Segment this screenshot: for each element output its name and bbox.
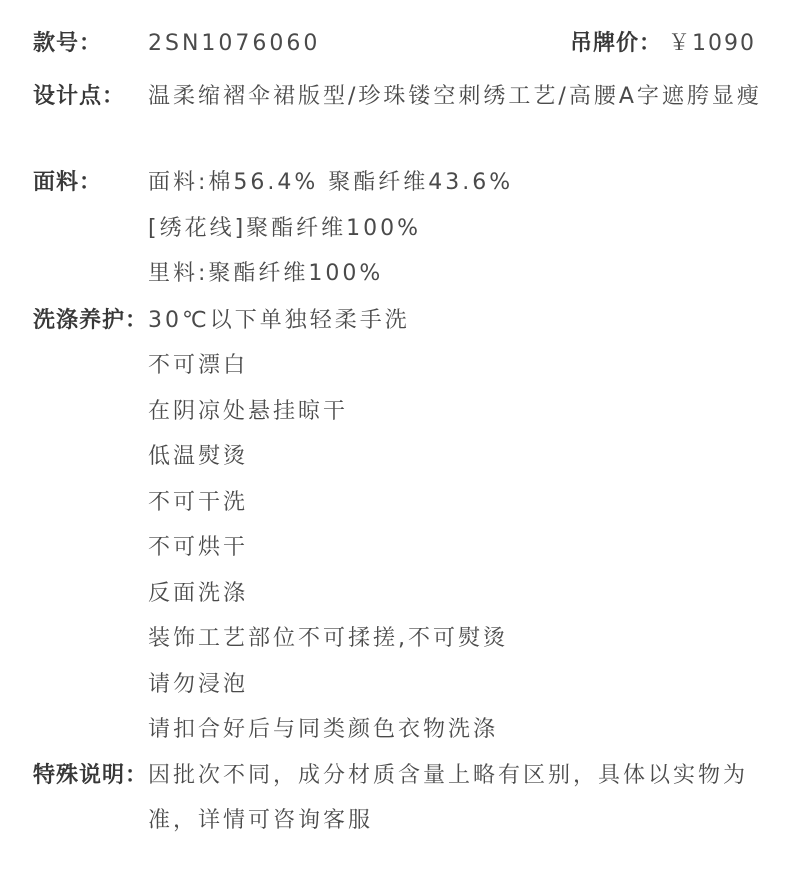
special-note-line: 准，详情可咨询客服 [148, 798, 756, 844]
special-note-lines: 因批次不同，成分材质含量上略有区别，具体以实物为 准，详情可咨询客服 [148, 753, 756, 844]
fabric-line: [绣花线]聚酯纤维100% [148, 206, 756, 252]
care-line: 不可烘干 [148, 525, 756, 571]
fabric-label: 面料： [33, 160, 148, 206]
care-line: 不可漂白 [148, 343, 756, 389]
care-line: 低温熨烫 [148, 434, 756, 480]
care-lines: 30℃以下单独轻柔手洗 不可漂白 在阴凉处悬挂晾干 低温熨烫 不可干洗 不可烘干… [148, 298, 756, 753]
care-label: 洗涤养护： [33, 298, 148, 344]
special-note-line: 因批次不同，成分材质含量上略有区别，具体以实物为 [148, 753, 756, 799]
fabric-lines: 面料:棉56.4% 聚酯纤维43.6% [绣花线]聚酯纤维100% 里料:聚酯纤… [148, 160, 756, 297]
care-line: 在阴凉处悬挂晾干 [148, 389, 756, 435]
fabric-line: 里料:聚酯纤维100% [148, 251, 756, 297]
fabric-section: 面料： 面料:棉56.4% 聚酯纤维43.6% [绣花线]聚酯纤维100% 里料… [33, 160, 756, 297]
special-note-label: 特殊说明： [33, 753, 148, 799]
care-line: 不可干洗 [148, 480, 756, 526]
care-line: 30℃以下单独轻柔手洗 [148, 298, 756, 344]
style-number-label: 款号： [33, 21, 148, 67]
tag-price-group: 吊牌价： ￥1090 [570, 21, 756, 67]
design-points-label: 设计点： [33, 74, 148, 120]
care-line: 装饰工艺部位不可揉搓,不可熨烫 [148, 616, 756, 662]
tag-price-label: 吊牌价： [570, 21, 662, 67]
special-note-section: 特殊说明： 因批次不同，成分材质含量上略有区别，具体以实物为 准，详情可咨询客服 [33, 753, 756, 844]
fabric-line: 面料:棉56.4% 聚酯纤维43.6% [148, 160, 756, 206]
design-points-row: 设计点： 温柔缩褶伞裙版型/珍珠镂空刺绣工艺/高腰A字遮胯显瘦 [33, 74, 756, 120]
style-number-row: 款号： 2SN1076060 吊牌价： ￥1090 [33, 21, 756, 67]
care-line: 反面洗涤 [148, 571, 756, 617]
style-number-value: 2SN1076060 [148, 21, 320, 67]
product-spec-sheet: 款号： 2SN1076060 吊牌价： ￥1090 设计点： 温柔缩褶伞裙版型/… [0, 0, 790, 876]
care-line: 请扣合好后与同类颜色衣物洗涤 [148, 707, 756, 753]
tag-price-value: ￥1090 [668, 21, 756, 67]
care-section: 洗涤养护： 30℃以下单独轻柔手洗 不可漂白 在阴凉处悬挂晾干 低温熨烫 不可干… [33, 298, 756, 753]
design-points-value: 温柔缩褶伞裙版型/珍珠镂空刺绣工艺/高腰A字遮胯显瘦 [148, 74, 762, 120]
care-line: 请勿浸泡 [148, 662, 756, 708]
